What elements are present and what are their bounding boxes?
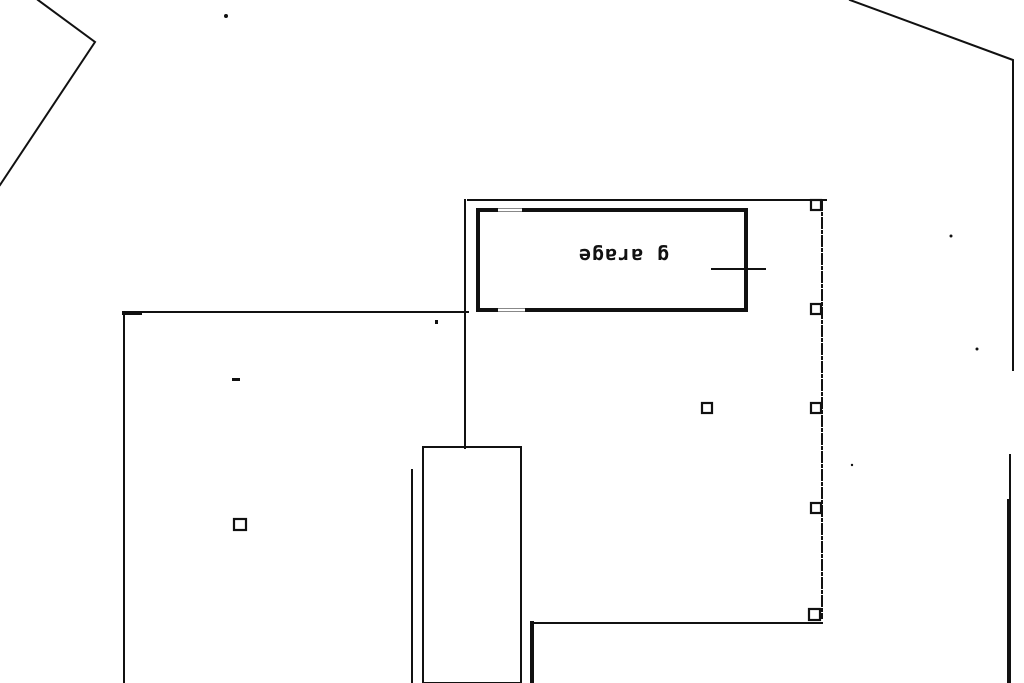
column-post-icon: [811, 403, 821, 413]
scan-dot: [950, 235, 953, 238]
column-post-icon: [811, 304, 821, 314]
scan-dot: [976, 348, 979, 351]
garage-label: g arage: [578, 244, 669, 268]
annex-room: [423, 447, 521, 683]
column-post-icon: [702, 403, 712, 413]
scan-dot: [851, 464, 853, 466]
scan-dash: [232, 378, 240, 381]
column-post-icon: [811, 503, 821, 513]
column-post-icon: [811, 200, 821, 210]
left-wing-outline: [124, 312, 468, 683]
column-post-icon: [809, 609, 820, 620]
property-boundary-left: [0, 0, 95, 185]
scan-dot: [224, 14, 228, 18]
scan-dash: [435, 320, 438, 324]
floor-plan-canvas: [0, 0, 1024, 683]
column-post-icon: [234, 519, 246, 530]
property-boundary-right: [850, 0, 1013, 370]
